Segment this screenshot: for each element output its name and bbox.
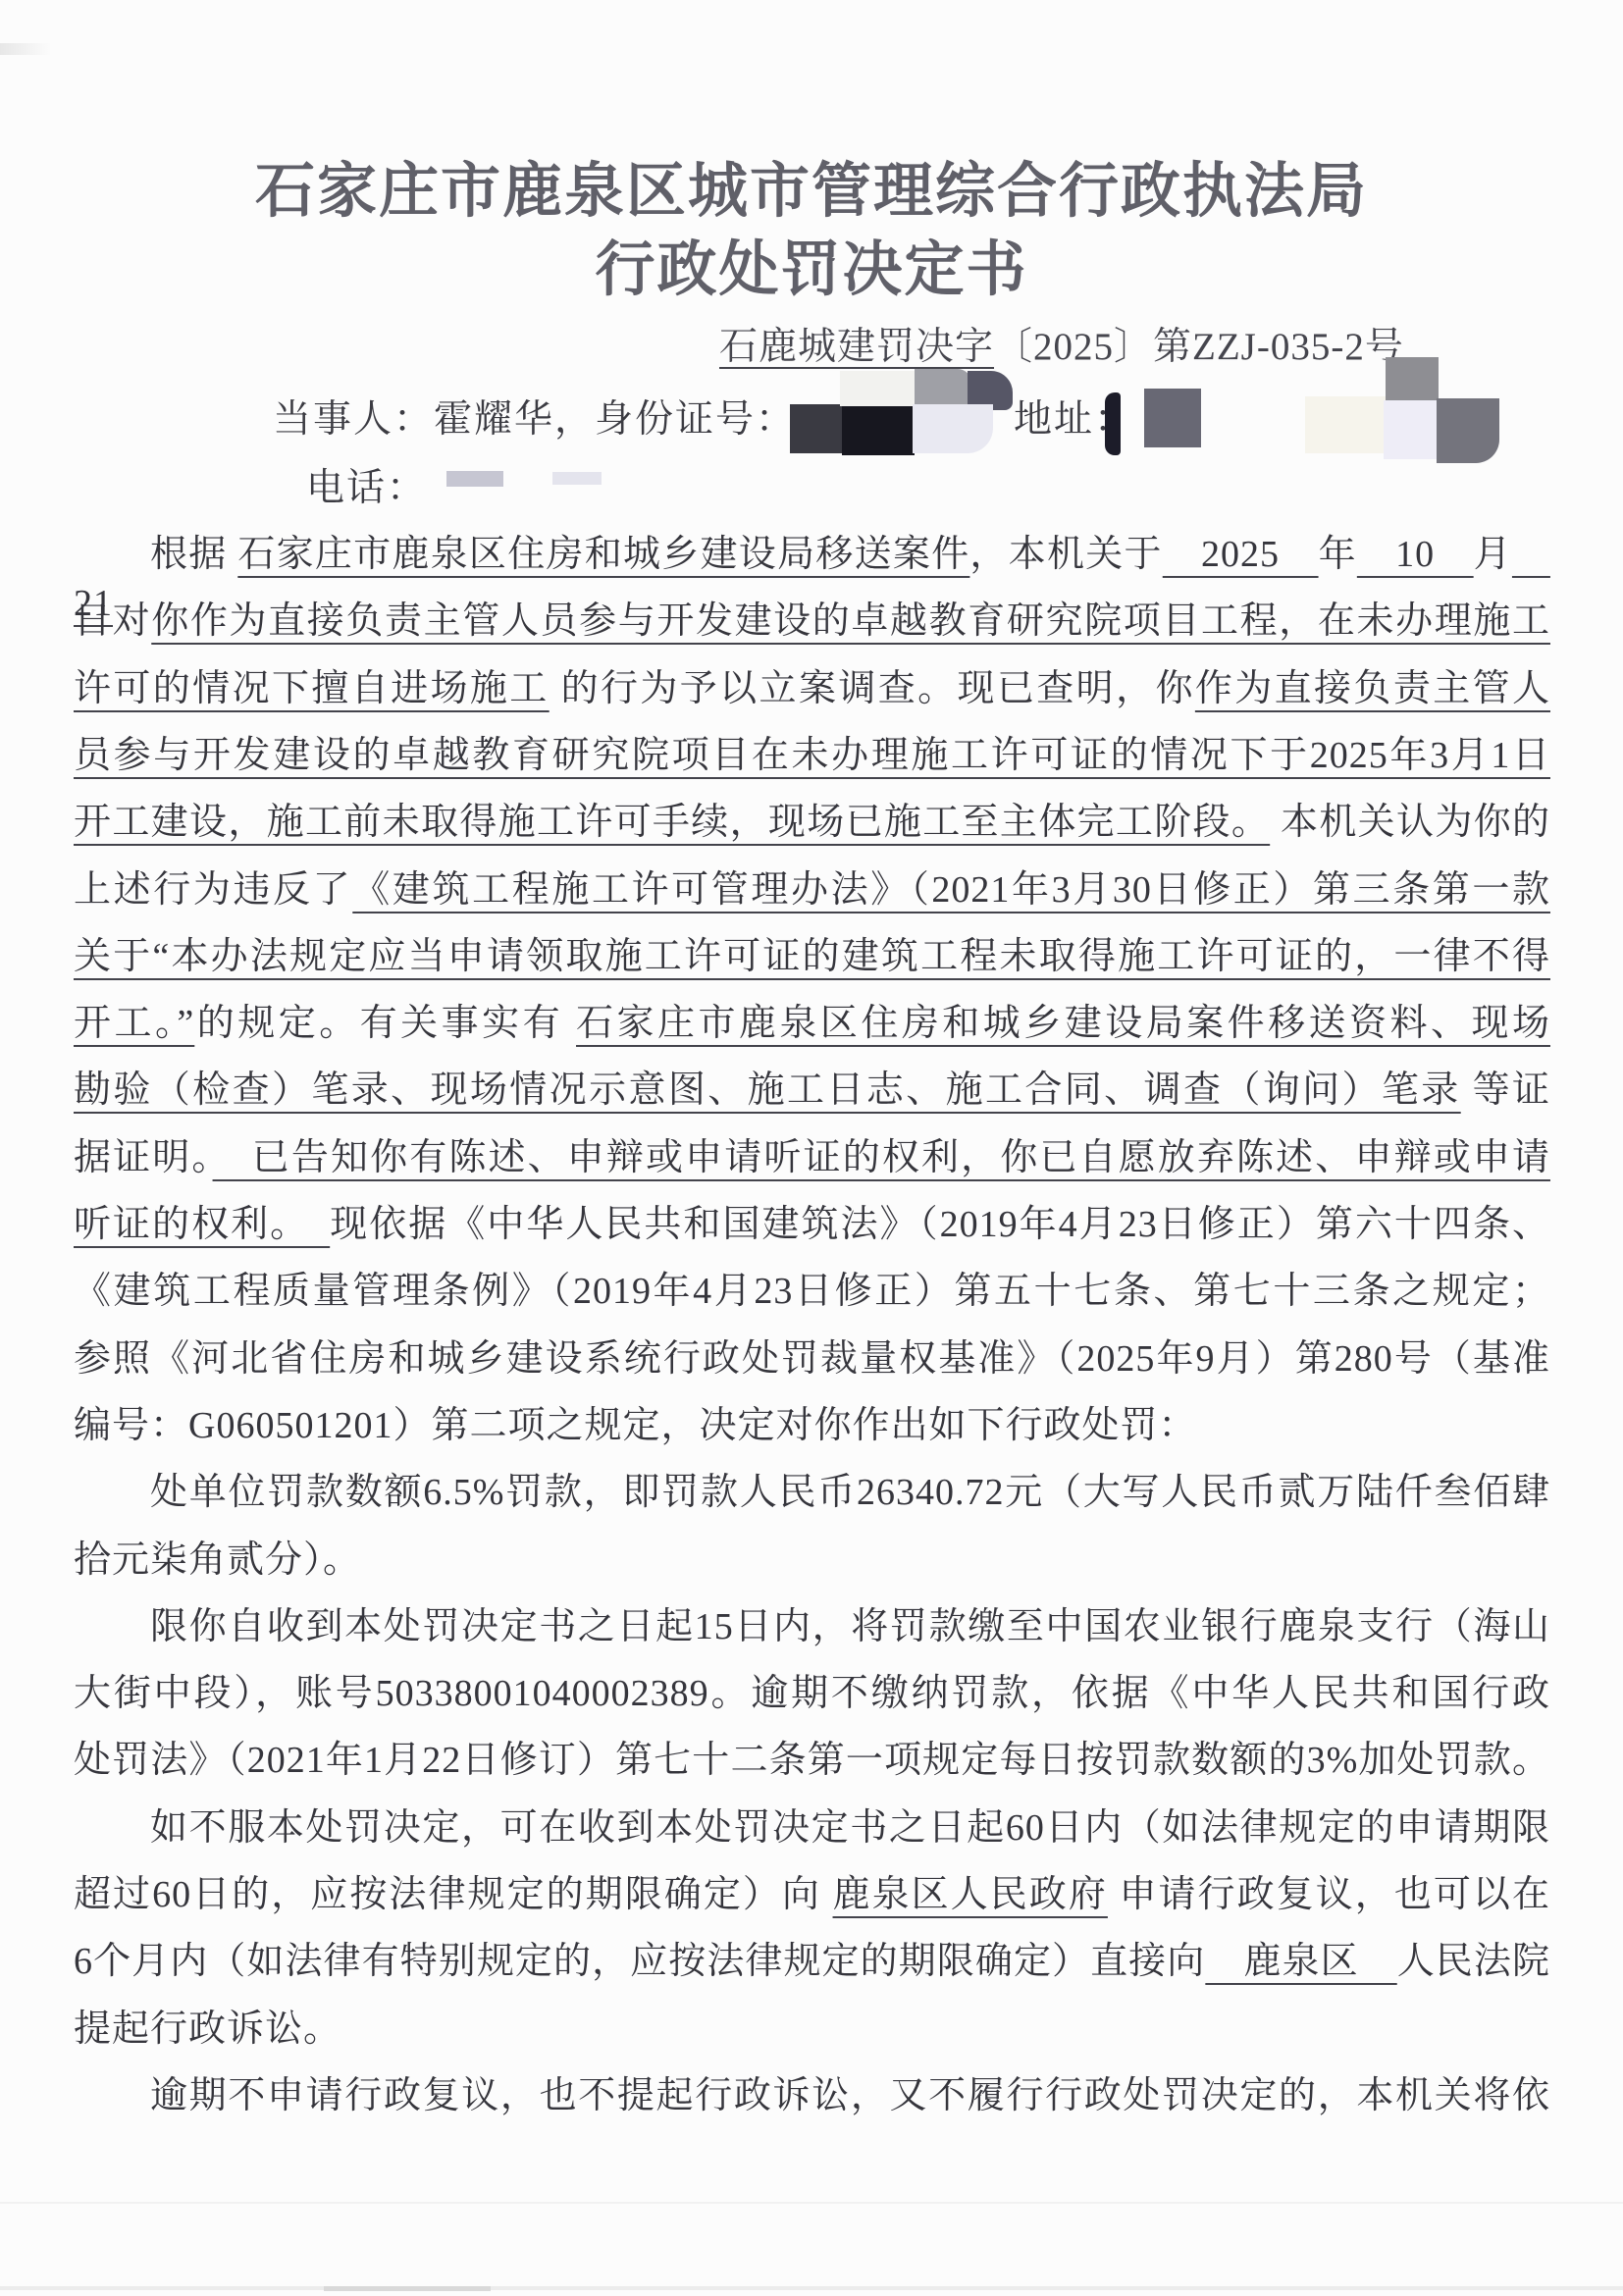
text-run: 拾元柒角贰分）。: [74, 1539, 361, 1581]
body-line: 据证明。 已告知你有陈述、申辩或申请听证的权利，你已自愿放弃陈述、申辩或申请: [74, 1133, 1550, 1182]
redaction-block-addr-mosaic: [1437, 398, 1499, 463]
text-run: 的规定。有关事实有: [194, 1003, 576, 1044]
text-run: 现依据《中华人民共和国建筑法》（2019年4月23日修正）第六十四条、: [330, 1204, 1550, 1245]
underlined-run: 10: [1357, 534, 1474, 575]
underlined-run: 鹿泉区人民政府: [833, 1874, 1108, 1915]
redaction-block-addr-mosaic: [1305, 396, 1389, 453]
underlined-run: 你作为直接负责主管人员参与开发建设的卓越教育研究院项目工程，在未办理施工: [151, 600, 1550, 642]
body-line: 日对你作为直接负责主管人员参与开发建设的卓越教育研究院项目工程，在未办理施工: [74, 597, 1550, 646]
text-run: 上述行为违反了: [74, 869, 352, 911]
body-line: 限你自收到本处罚决定书之日起15日内，将罚款缴至中国农业银行鹿泉支行（海山: [74, 1602, 1550, 1651]
text-run: 处单位罚款数额6.5%罚款，即罚款人民币26340.72元（大写人民币贰万陆仟叁…: [150, 1472, 1550, 1513]
redaction-block-addr-mosaic: [1384, 400, 1440, 459]
text-run: 限你自收到本处罚决定书之日起15日内，将罚款缴至中国农业银行鹿泉支行（海山: [150, 1606, 1550, 1647]
body-line: 提起行政诉讼。: [74, 2005, 1550, 2054]
text-run: 编号：G060501201）第二项之规定，决定对你作出如下行政处罚：: [74, 1405, 1196, 1446]
body-line: 拾元柒角贰分）。: [74, 1536, 1550, 1585]
text-run: 提起行政诉讼。: [74, 2009, 341, 2050]
text-run: 如不服本处罚决定，可在收到本处罚决定书之日起60日内（如法律规定的申请期限: [150, 1807, 1550, 1849]
body-line: 《建筑工程质量管理条例》（2019年4月23日修正）第五十七条、第七十三条之规定…: [74, 1267, 1550, 1316]
redaction-block-id-mosaic: [790, 404, 847, 453]
body-line: 逾期不申请行政复议，也不提起行政诉讼，又不履行行政处罚决定的，本机关将依: [74, 2071, 1550, 2120]
text-run: 处罚法》（2021年1月22日修订）第七十二条第一项规定每日按罚款数额的3%加处…: [74, 1740, 1550, 1781]
body-line: 上述行为违反了《建筑工程施工许可管理办法》（2021年3月30日修正）第三条第一…: [74, 865, 1550, 914]
scan-line-bottom: [0, 2286, 1623, 2290]
body-line: 编号：G060501201）第二项之规定，决定对你作出如下行政处罚：: [74, 1401, 1550, 1450]
body-line: 开工。”的规定。有关事实有 石家庄市鹿泉区住房和城乡建设局案件移送资料、现场: [74, 999, 1550, 1048]
body-line: 勘验（检查）笔录、现场情况示意图、施工日志、施工合同、调查（询问）笔录 等证: [74, 1066, 1550, 1115]
text-run: 《建筑工程质量管理条例》（2019年4月23日修正）第五十七条、第七十三条之规定…: [74, 1271, 1550, 1312]
document-number: 石鹿城建罚决字〔2025〕第ZZJ-035-2号: [719, 316, 1404, 371]
underlined-run: 《建筑工程施工许可管理办法》（2021年3月30日修正）第三条第一款: [352, 869, 1550, 911]
text-run: 本机关认为你的: [1270, 802, 1550, 843]
redaction-block-addr-mosaic: [1386, 357, 1439, 402]
party-phone-label: 电话：: [306, 457, 427, 512]
scan-streak-top-left: [0, 43, 51, 55]
underlined-run: 员参与开发建设的卓越教育研究院项目在未办理施工许可证的情况下于2025年3月1日: [74, 735, 1550, 776]
redaction-block-addr-mosaic: [1105, 392, 1121, 455]
body-line: 处单位罚款数额6.5%罚款，即罚款人民币26340.72元（大写人民币贰万陆仟叁…: [74, 1468, 1550, 1517]
scan-line-lower: [0, 2202, 1623, 2204]
text-run: 大街中段），账号50338001040002389。逾期不缴纳罚款，依据《中华人…: [74, 1673, 1550, 1714]
document-title-line2: 行政处罚决定书: [0, 222, 1623, 307]
underlined-run: 开工。”: [74, 1003, 194, 1044]
redaction-block-id-mosaic: [913, 404, 993, 453]
underlined-run: 许可的情况下擅自进场施工: [74, 668, 550, 709]
text-run: 的行为予以立案调查。现已查明，你: [550, 668, 1195, 709]
text-run: 申请行政复议，也可以在: [1108, 1874, 1550, 1915]
underlined-run: 石家庄市鹿泉区住房和城乡建设局案件移送资料、现场: [576, 1003, 1550, 1044]
penalty-decision-document: 石家庄市鹿泉区城市管理综合行政执法局 行政处罚决定书 石鹿城建罚决字〔2025〕…: [0, 0, 1623, 2296]
document-title-line1: 石家庄市鹿泉区城市管理综合行政执法局: [0, 143, 1623, 229]
text-run: 参照《河北省住房和城乡建设系统行政处罚裁量权基准》（2025年9月）第280号（…: [74, 1338, 1550, 1380]
redaction-block-phone-mosaic: [552, 472, 602, 485]
text-run: 日对: [74, 600, 151, 642]
redaction-block-phone-mosaic: [446, 471, 503, 487]
text-run: ，本机关于: [969, 534, 1162, 575]
body-line: 员参与开发建设的卓越教育研究院项目在未办理施工许可证的情况下于2025年3月1日: [74, 731, 1550, 780]
body-line: 开工建设，施工前未取得施工许可手续，现场已施工至主体完工阶段。 本机关认为你的: [74, 798, 1550, 847]
text-run: 年: [1319, 534, 1357, 575]
redaction-block-id-mosaic: [840, 371, 916, 406]
underlined-run: 听证的权利。: [74, 1204, 330, 1245]
body-line: 超过60日的，应按法律规定的期限确定）向 鹿泉区人民政府 申请行政复议，也可以在: [74, 1870, 1550, 1919]
underlined-run: 已告知你有陈述、申辩或申请听证的权利，你已自愿放弃陈述、申辩或申请: [213, 1137, 1550, 1178]
redaction-block-id-mosaic: [915, 369, 971, 406]
text-run: 据证明。: [74, 1137, 213, 1178]
text-run: 等证: [1461, 1070, 1550, 1111]
underlined-run: 勘验（检查）笔录、现场情况示意图、施工日志、施工合同、调查（询问）笔录: [74, 1070, 1461, 1111]
redaction-block-id-mosaic: [842, 402, 915, 455]
body-line: 许可的情况下擅自进场施工 的行为予以立案调查。现已查明，你作为直接负责主管人: [74, 664, 1550, 713]
body-line: 处罚法》（2021年1月22日修订）第七十二条第一项规定每日按罚款数额的3%加处…: [74, 1736, 1550, 1785]
document-number-prefix: 石鹿城建罚决字: [719, 326, 994, 368]
underlined-run: 作为直接负责主管人: [1195, 668, 1550, 709]
body-line: 听证的权利。 现依据《中华人民共和国建筑法》（2019年4月23日修正）第六十四…: [74, 1200, 1550, 1249]
body-line: 6个月内（如法律有特别规定的，应按法律规定的期限确定）直接向 鹿泉区 人民法院: [74, 1937, 1550, 1986]
underlined-run: 鹿泉区: [1205, 1941, 1396, 1982]
party-name-line: 当事人：霍耀华，身份证号：: [273, 389, 796, 444]
text-run: 6个月内（如法律有特别规定的，应按法律规定的期限确定）直接向: [74, 1941, 1205, 1982]
body-line: 如不服本处罚决定，可在收到本处罚决定书之日起60日内（如法律规定的申请期限: [74, 1803, 1550, 1852]
body-line: 关于“本办法规定应当申请领取施工许可证的建筑工程未取得施工许可证的，一律不得: [74, 932, 1550, 981]
document-number-suffix: 〔2025〕第ZZJ-035-2号: [994, 326, 1404, 368]
text-run: 人民法院: [1397, 1941, 1550, 1982]
text-run: 逾期不申请行政复议，也不提起行政诉讼，又不履行行政处罚决定的，本机关将依: [150, 2075, 1550, 2116]
underlined-run: 开工建设，施工前未取得施工许可手续，现场已施工至主体完工阶段。: [74, 802, 1270, 843]
underlined-run: 2025: [1163, 534, 1319, 575]
redaction-block-addr-mosaic: [1144, 389, 1201, 447]
text-run: 超过60日的，应按法律规定的期限确定）向: [74, 1874, 833, 1915]
text-run: 根据: [150, 534, 237, 575]
body-line: 参照《河北省住房和城乡建设系统行政处罚裁量权基准》（2025年9月）第280号（…: [74, 1334, 1550, 1383]
underlined-run: 石家庄市鹿泉区住房和城乡建设局移送案件: [237, 534, 969, 575]
text-run: 月: [1474, 534, 1512, 575]
body-line: 大街中段），账号50338001040002389。逾期不缴纳罚款，依据《中华人…: [74, 1669, 1550, 1718]
underlined-run: 关于“本办法规定应当申请领取施工许可证的建筑工程未取得施工许可证的，一律不得: [74, 936, 1550, 977]
scan-smudge-bottom: [324, 2286, 491, 2291]
